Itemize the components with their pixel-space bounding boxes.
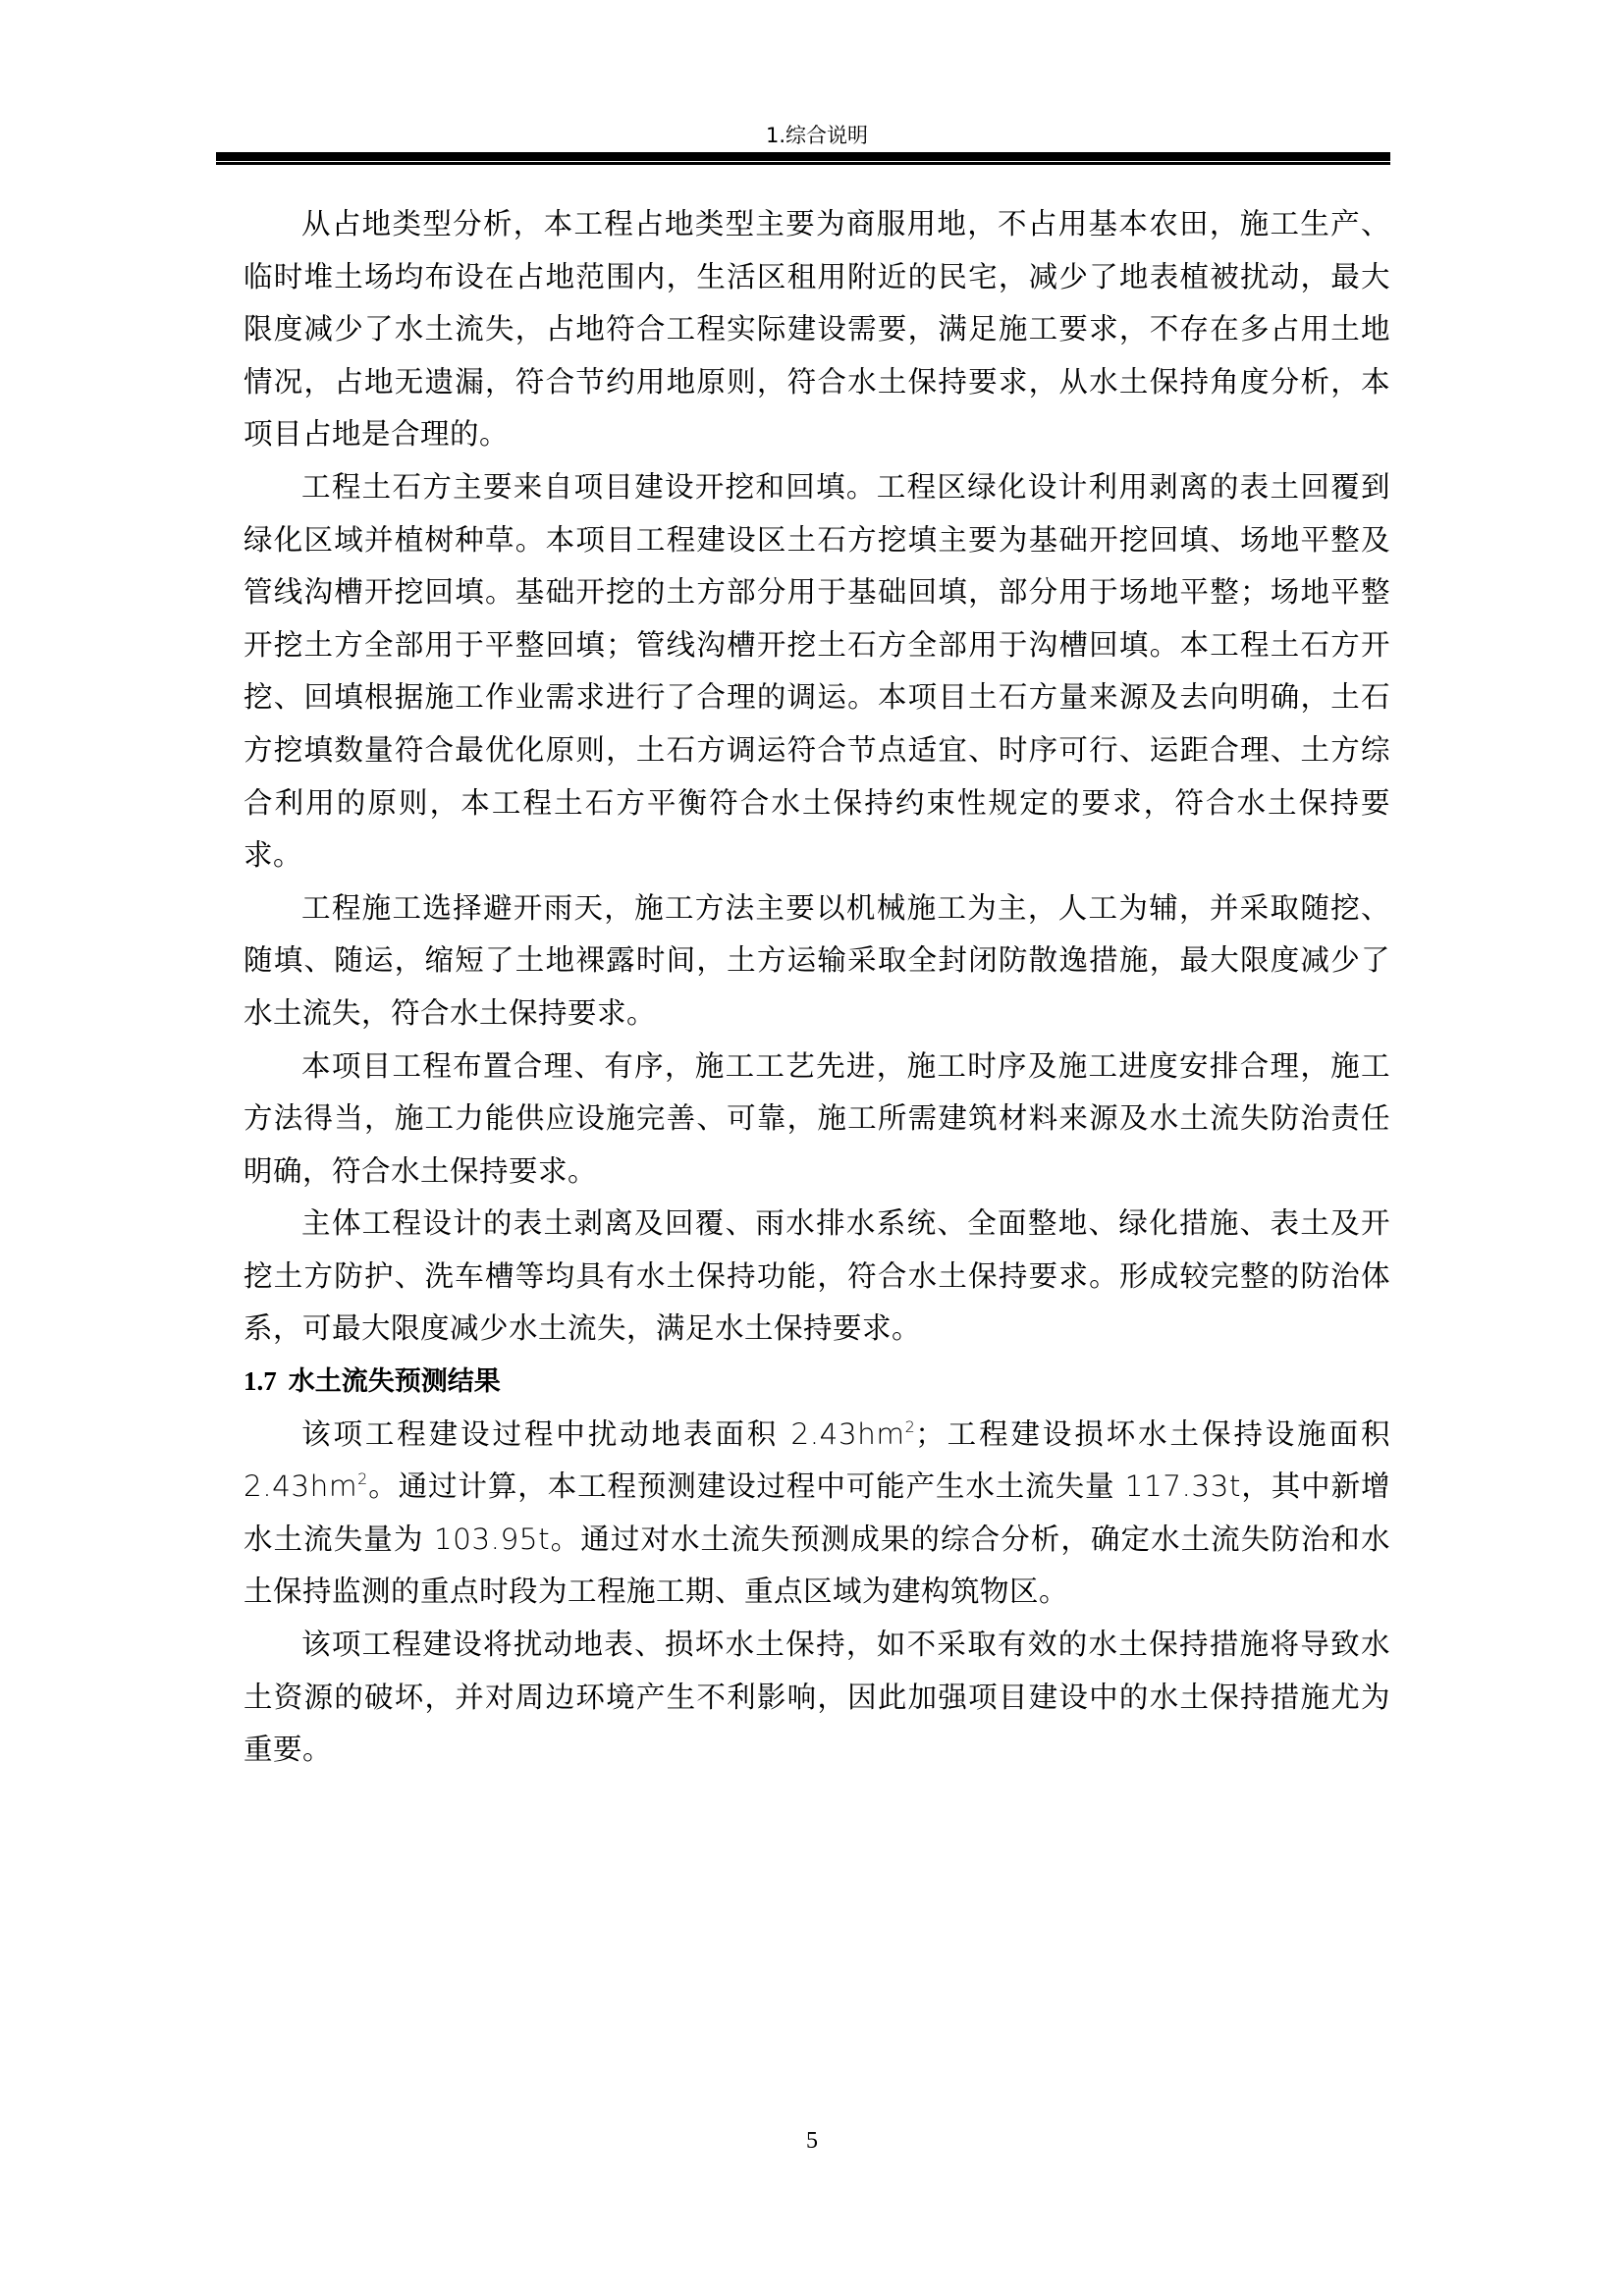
superscript-2: 2	[905, 1417, 916, 1436]
paragraph-prediction-results: 该项工程建设过程中扰动地表面积 2.43hm2；工程建设损坏水土保持设施面积 2…	[244, 1409, 1390, 1619]
header-rule-thick	[216, 152, 1390, 161]
paragraph-land-use: 从占地类型分析，本工程占地类型主要为商服用地，不占用基本农田，施工生产、临时堆土…	[244, 198, 1390, 461]
paragraph-layout: 本项目工程布置合理、有序，施工工艺先进，施工时序及施工进度安排合理，施工方法得当…	[244, 1041, 1390, 1199]
paragraph-main-design: 主体工程设计的表土剥离及回覆、雨水排水系统、全面整地、绿化措施、表土及开挖土方防…	[244, 1198, 1390, 1356]
paragraph-importance: 该项工程建设将扰动地表、损坏水土保持，如不采取有效的水土保持措施将导致水土资源的…	[244, 1619, 1390, 1777]
prediction-text-part1: 该项工程建设过程中扰动地表面积 2.43hm	[301, 1417, 905, 1451]
page-number: 5	[0, 2128, 1624, 2155]
prediction-text-part3: 。通过计算，本工程预测建设过程中可能产生水土流失量 117.33t，其中新增水土…	[244, 1469, 1390, 1608]
page-body: 从占地类型分析，本工程占地类型主要为商服用地，不占用基本农田，施工生产、临时堆土…	[244, 198, 1390, 1777]
header-rule-thin	[216, 162, 1390, 165]
paragraph-earthwork: 工程土石方主要来自项目建设开挖和回填。工程区绿化设计利用剥离的表土回覆到绿化区域…	[244, 461, 1390, 882]
section-heading: 1.7水土流失预测结果	[244, 1356, 1390, 1409]
section-number: 1.7	[244, 1366, 277, 1396]
superscript-2: 2	[357, 1469, 368, 1488]
section-title: 水土流失预测结果	[289, 1366, 501, 1397]
running-header: 1.综合说明	[244, 118, 1390, 153]
paragraph-construction-method: 工程施工选择避开雨天，施工方法主要以机械施工为主，人工为辅，并采取随挖、随填、随…	[244, 882, 1390, 1041]
